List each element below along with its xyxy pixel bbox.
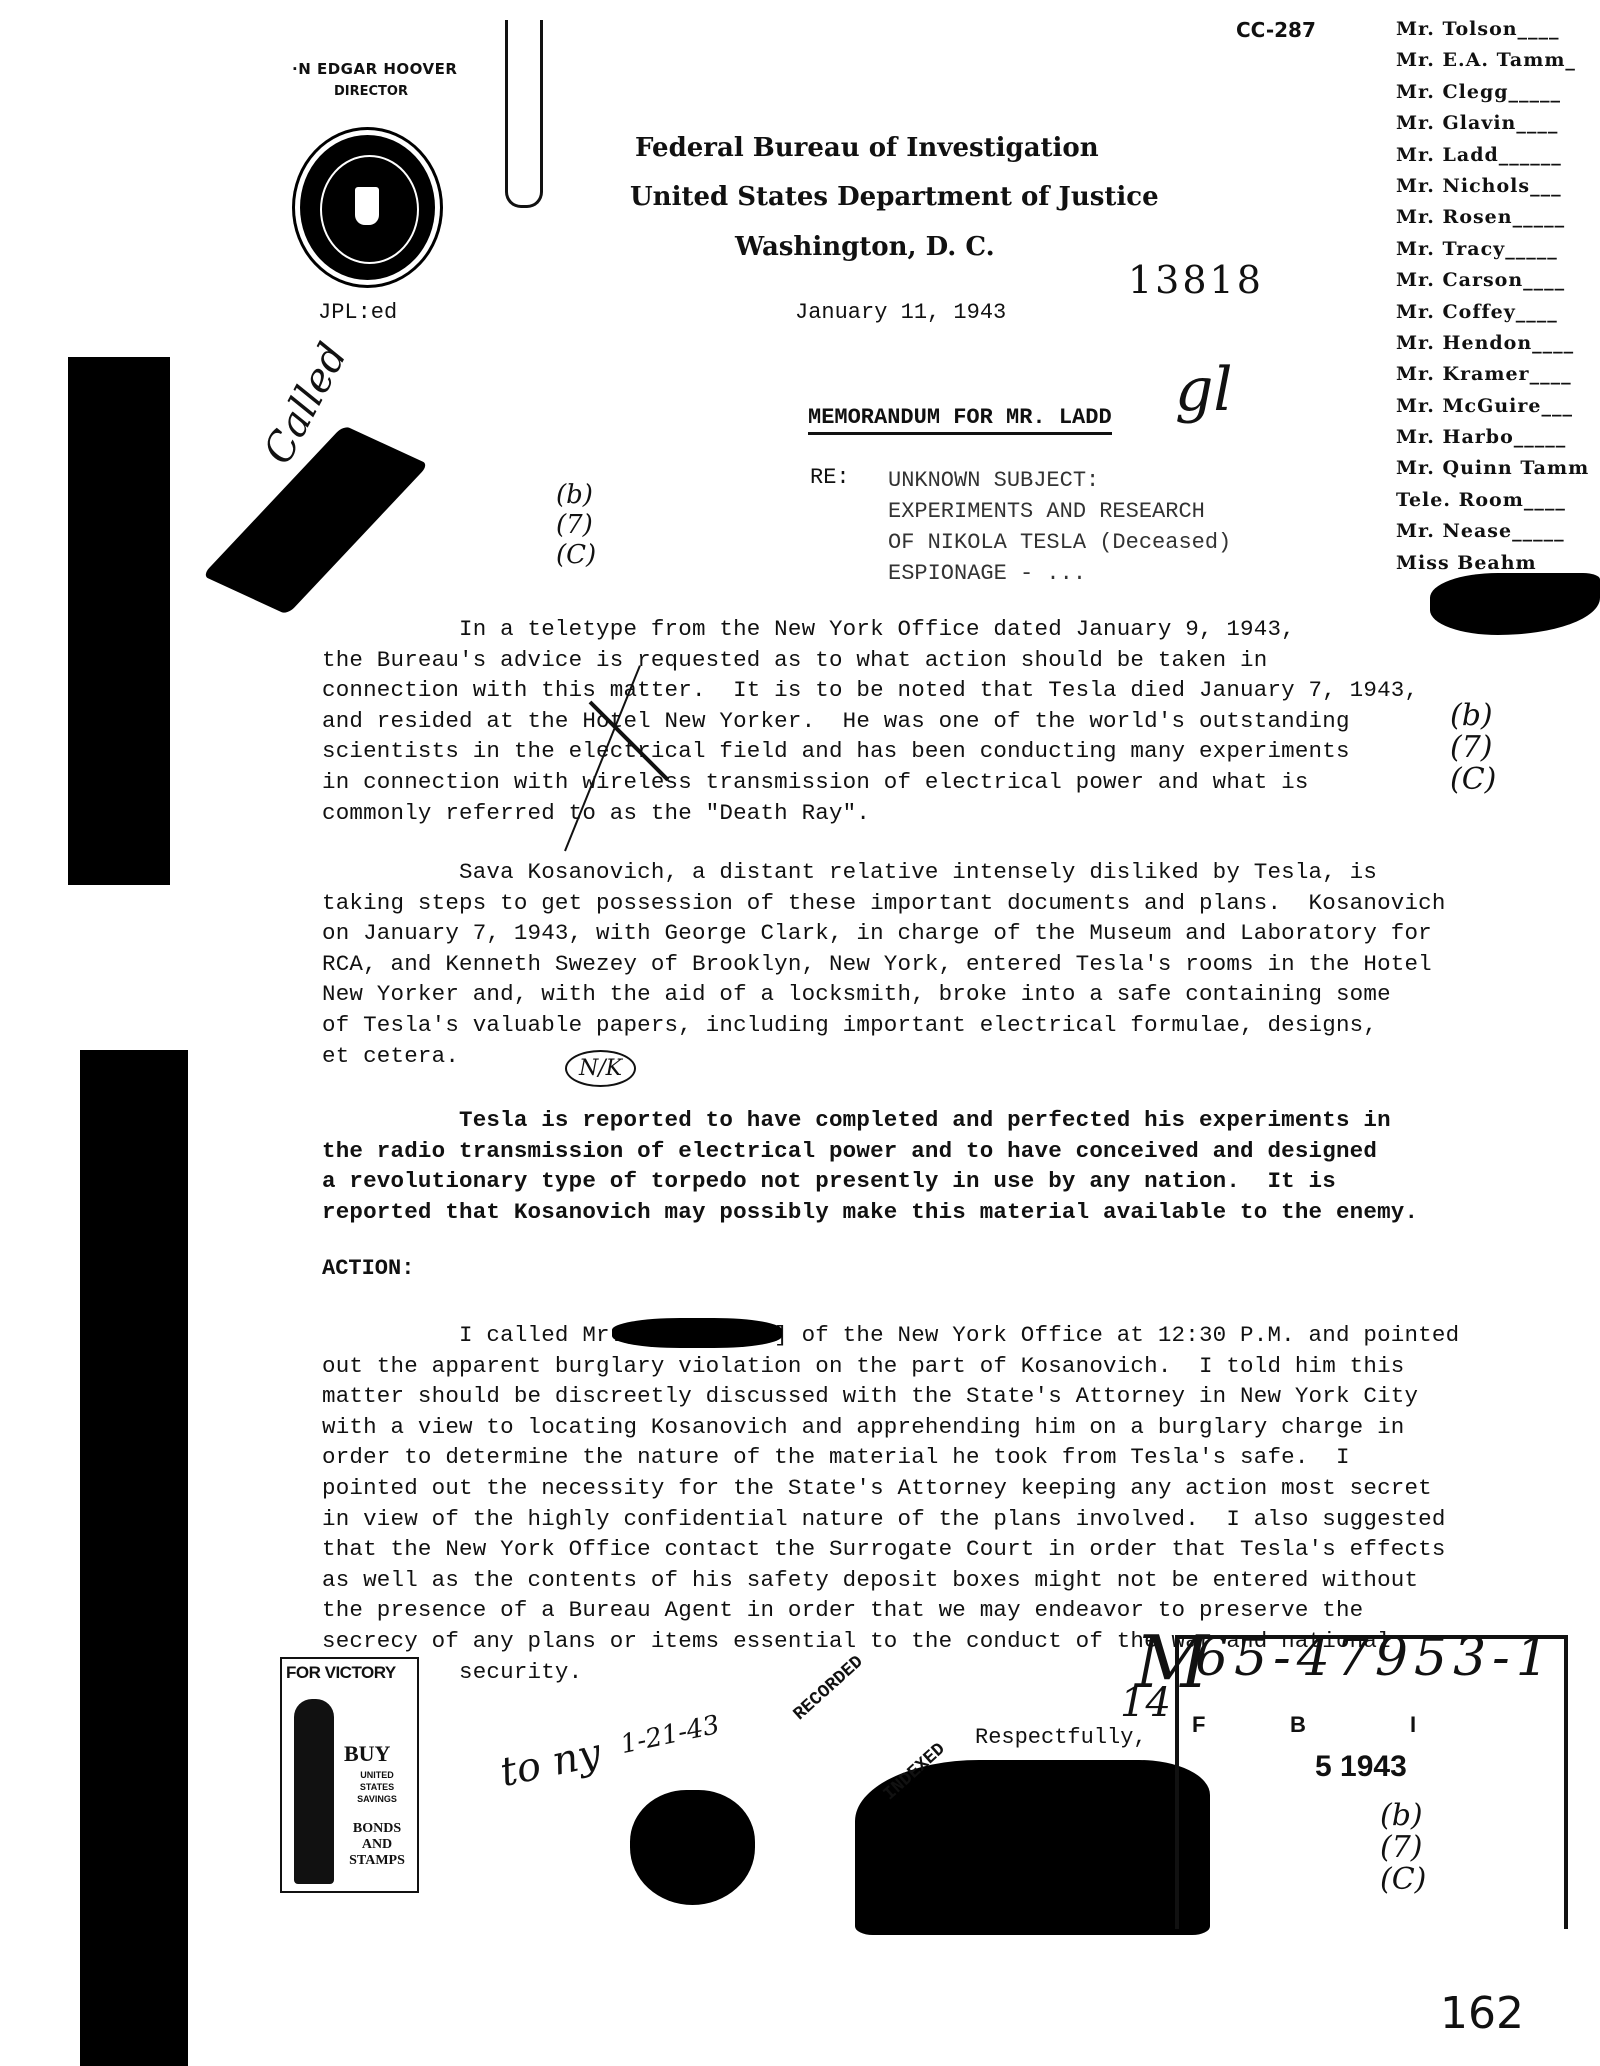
routing-entry: Mr. Coffey____ [1396, 297, 1589, 328]
routing-entry: Mr. Hendon____ [1396, 328, 1589, 359]
subject-line: UNKNOWN SUBJECT: [888, 465, 1231, 496]
closing: Respectfully, [975, 1725, 1147, 1750]
routing-entry: Mr. Glavin____ [1396, 108, 1589, 139]
director-name: ·N EDGAR HOOVER [292, 60, 457, 78]
handwritten-exemption: (b) (7) (C) [1450, 700, 1490, 796]
routing-entry: Miss Beahm [1396, 548, 1589, 579]
subject-line: OF NIKOLA TESLA (Deceased) [888, 527, 1231, 558]
redaction-strip [80, 1050, 188, 2066]
filing-date: 5 1943 [1315, 1750, 1407, 1784]
routing-list: Mr. Tolson____ Mr. E.A. Tamm_ Mr. Clegg_… [1396, 14, 1589, 579]
routing-entry: Mr. Nease_____ [1396, 516, 1589, 547]
redaction-strip [68, 357, 170, 885]
victory-line: BUY [344, 1741, 390, 1767]
filing-letter: I [1410, 1712, 1416, 1738]
routing-entry: Mr. Harbo_____ [1396, 422, 1589, 453]
subject-line: EXPERIMENTS AND RESEARCH [888, 496, 1231, 527]
handwritten-initials: gl [1175, 355, 1233, 425]
routing-entry: Mr. Carson____ [1396, 265, 1589, 296]
action-heading: ACTION: [322, 1256, 414, 1281]
minuteman-icon [294, 1699, 334, 1884]
memo-date: January 11, 1943 [795, 300, 1006, 325]
re-label: RE: [810, 465, 850, 490]
routing-entry: Mr. Ladd______ [1396, 140, 1589, 171]
subject-lines: UNKNOWN SUBJECT: EXPERIMENTS AND RESEARC… [888, 465, 1231, 589]
redaction-blob [202, 425, 429, 615]
routing-entry: Mr. Rosen_____ [1396, 202, 1589, 233]
routing-entry: Mr. McGuire___ [1396, 391, 1589, 422]
typist-initials: JPL:ed [318, 300, 397, 325]
routing-entry: Mr. Kramer____ [1396, 359, 1589, 390]
victory-line: UNITED STATES SAVINGS [342, 1769, 412, 1805]
memo-heading: MEMORANDUM FOR MR. LADD [808, 405, 1112, 435]
department-name: United States Department of Justice [630, 182, 1159, 212]
routing-entry: Tele. Room____ [1396, 485, 1589, 516]
redaction-blob [630, 1790, 755, 1905]
filing-letter: B [1290, 1712, 1306, 1738]
director-title: DIRECTOR [334, 84, 408, 99]
redaction-blob [612, 1318, 782, 1348]
handwritten-date: 1-21-43 [618, 1710, 722, 1760]
handwritten-to-ny: to ny [496, 1730, 605, 1796]
agency-location: Washington, D. C. [735, 232, 995, 262]
victory-stamp: FOR VICTORY BUY UNITED STATES SAVINGS BO… [280, 1657, 419, 1893]
subject-line: ESPIONAGE - ... [888, 558, 1231, 589]
routing-entry: Mr. Clegg_____ [1396, 77, 1589, 108]
fbi-seal-icon [300, 135, 435, 280]
victory-line: BONDS AND STAMPS [340, 1821, 414, 1869]
document-code: CC-287 [1236, 18, 1316, 42]
handwritten-nk: N/K [565, 1050, 636, 1087]
filing-letter: F [1192, 1712, 1205, 1738]
routing-entry: Mr. E.A. Tamm_ [1396, 45, 1589, 76]
victory-line: FOR VICTORY [286, 1663, 396, 1683]
filing-number: 65-47953-1 [1195, 1628, 1555, 1688]
routing-entry: Mr. Nichols___ [1396, 171, 1589, 202]
handwritten-exemption: (b) (7) (C) [556, 480, 586, 570]
routing-entry: Mr. Tolson____ [1396, 14, 1589, 45]
paragraph-kosanovich: Sava Kosanovich, a distant relative inte… [322, 857, 1446, 1071]
agency-name: Federal Bureau of Investigation [635, 133, 1099, 163]
paragraph-teletype: In a teletype from the New York Office d… [322, 614, 1418, 828]
routing-entry: Mr. Tracy_____ [1396, 234, 1589, 265]
redaction-blob [1430, 573, 1600, 635]
paragraph-experiments: Tesla is reported to have completed and … [322, 1105, 1418, 1227]
file-number: 13818 [1128, 258, 1264, 302]
paperclip-icon [505, 20, 543, 208]
page-number: 162 [1440, 1988, 1524, 2039]
routing-entry: Mr. Quinn Tamm [1396, 453, 1589, 484]
